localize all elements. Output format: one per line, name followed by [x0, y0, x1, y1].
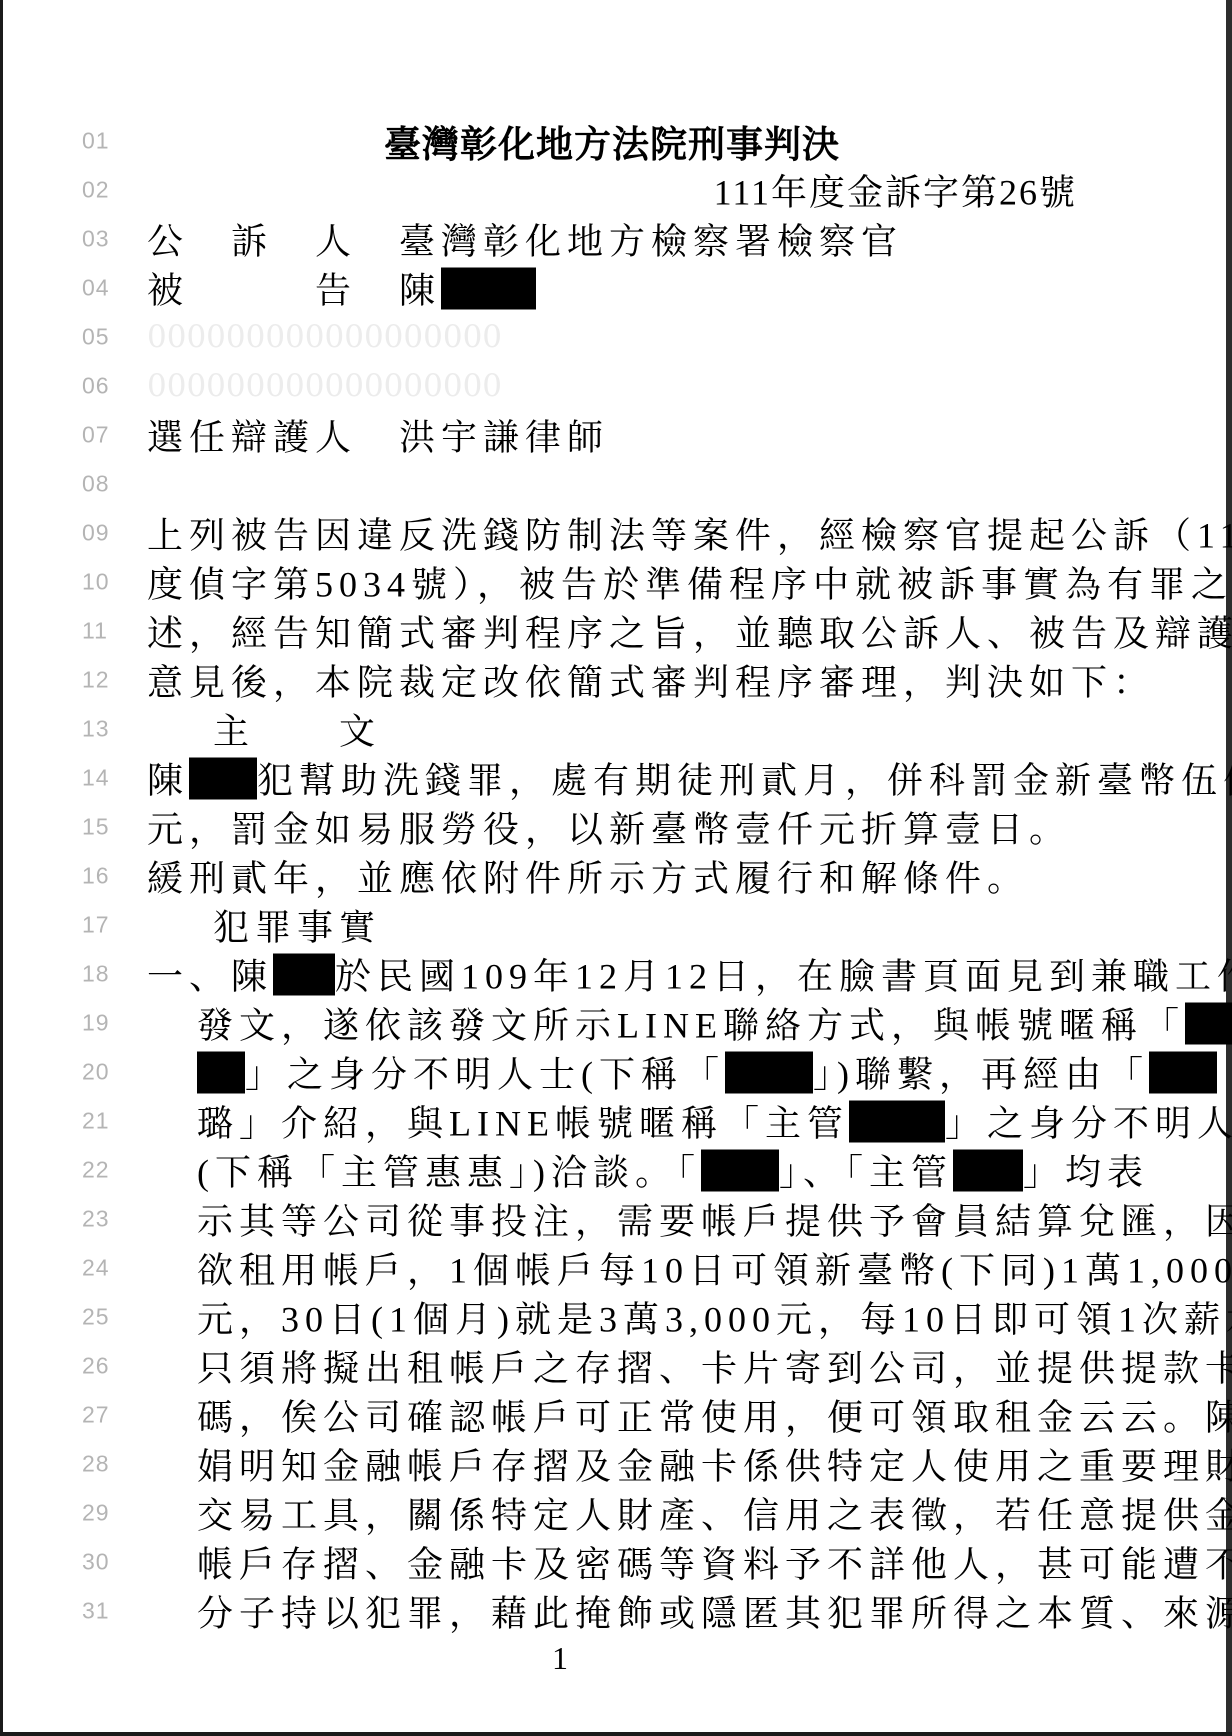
line-number: 21: [82, 1107, 110, 1134]
redaction-box: [953, 1149, 1023, 1191]
line-number: 11: [82, 617, 108, 644]
document-line: 17 犯罪事實: [0, 900, 1232, 949]
text-segment: 元，30日(1個月)就是3萬3,000元，每10日即可領1次薪水，: [197, 1299, 1232, 1339]
text-segment: (下稱「主管惠惠」)洽談。「: [197, 1152, 701, 1192]
line-number: 10: [82, 568, 110, 595]
text-segment: 」、「主管: [779, 1152, 953, 1192]
text-segment: 發文，遂依該發文所示LINE聯絡方式，與帳號暱稱「: [197, 1005, 1185, 1045]
text-segment: 主 文: [213, 711, 381, 751]
document-line: 22 (下稱「主管惠惠」)洽談。「」、「主管」均表: [0, 1145, 1232, 1194]
line-number: 16: [82, 862, 110, 889]
line-number: 18: [82, 960, 110, 987]
text-segment: 公 訴 人 臺灣彰化地方檢察署檢察官: [147, 221, 903, 261]
judgment-page: 01 臺灣彰化地方法院刑事判決 02 111年度金訴字第26號 03 公 訴 人…: [0, 0, 1232, 1736]
line-number: 07: [82, 421, 110, 448]
line-number: 27: [82, 1401, 110, 1428]
line-number: 20: [82, 1058, 110, 1085]
line-text: 主 文: [213, 703, 1077, 754]
line-number: 17: [82, 911, 110, 938]
line-text: 選任辯護人 洪宇謙律師: [147, 409, 1077, 460]
text-segment: 」)聯繫，再經由「: [813, 1054, 1149, 1094]
text-segment: 元，罰金如易服勞役，以新臺幣壹仟元折算壹日。: [147, 809, 1071, 849]
document-line: 04 被 告 陳: [0, 263, 1232, 312]
document-line: 13 主 文: [0, 704, 1232, 753]
redaction-box: [701, 1149, 779, 1191]
text-segment: 臺灣彰化地方法院刑事判決: [384, 125, 840, 166]
line-text: 意見後，本院裁定改依簡式審判程序審理，判決如下：: [147, 654, 1077, 705]
document-line: 03 公 訴 人 臺灣彰化地方檢察署檢察官: [0, 214, 1232, 263]
text-segment: 犯罪事實: [213, 907, 381, 947]
document-line: 02 111年度金訴字第26號: [0, 165, 1232, 214]
text-segment: 000000000000000000: [147, 368, 502, 404]
document-line: 20 」之身分不明人士(下稱「」)聯繫，再經由「: [0, 1047, 1232, 1096]
line-text: 示其等公司從事投注，需要帳戶提供予會員結算兌匯，因此: [197, 1193, 1077, 1244]
text-segment: 娟明知金融帳戶存摺及金融卡係供特定人使用之重要理財、: [197, 1446, 1232, 1486]
text-segment: 意見後，本院裁定改依簡式審判程序審理，判決如下：: [147, 662, 1155, 702]
document-line: 21 璐」介紹，與LINE帳號暱稱「主管」之身分不明人士: [0, 1096, 1232, 1145]
line-text: 碼，俟公司確認帳戶可正常使用，便可領取租金云云。陳麗: [197, 1389, 1077, 1440]
line-text: 娟明知金融帳戶存摺及金融卡係供特定人使用之重要理財、: [197, 1438, 1077, 1489]
text-segment: 000000000000000000: [147, 319, 502, 355]
line-number: 08: [82, 470, 110, 497]
line-text: 上列被告因違反洗錢防制法等案件，經檢察官提起公訴（110年: [147, 507, 1077, 558]
text-segment: 」之身分不明人士: [945, 1103, 1232, 1143]
document-line: 19 發文，遂依該發文所示LINE聯絡方式，與帳號暱稱「: [0, 998, 1232, 1047]
document-line: 15 元，罰金如易服勞役，以新臺幣壹仟元折算壹日。: [0, 802, 1232, 851]
text-segment: 犯幫助洗錢罪，處有期徒刑貳月，併科罰金新臺幣伍仟: [257, 760, 1232, 800]
text-segment: 一、陳: [147, 956, 273, 996]
document-line: 18 一、陳於民國109年12月12日，在臉書頁面見到兼職工作之: [0, 949, 1232, 998]
line-text: 000000000000000000: [147, 319, 1077, 355]
line-text: 度偵字第5034號），被告於準備程序中就被訴事實為有罪之陳: [147, 556, 1077, 607]
redaction-box: [1185, 1002, 1232, 1044]
line-text: 欲租用帳戶，1個帳戶每10日可領新臺幣(下同)1萬1,000: [197, 1242, 1077, 1293]
line-text: 緩刑貳年，並應依附件所示方式履行和解條件。: [147, 850, 1077, 901]
document-line: 12 意見後，本院裁定改依簡式審判程序審理，判決如下：: [0, 655, 1232, 704]
line-number: 04: [82, 274, 110, 301]
text-segment: 璐」介紹，與LINE帳號暱稱「主管: [197, 1103, 849, 1143]
document-line: 11 述，經告知簡式審判程序之旨，並聽取公訴人、被告及辯護人之: [0, 606, 1232, 655]
line-text: 000000000000000000: [147, 368, 1077, 404]
line-text: 」之身分不明人士(下稱「」)聯繫，再經由「: [197, 1046, 1077, 1097]
redaction-box: [273, 953, 335, 995]
line-number: 15: [82, 813, 110, 840]
text-segment: 述，經告知簡式審判程序之旨，並聽取公訴人、被告及辯護人之: [147, 613, 1232, 653]
line-number: 03: [82, 225, 110, 252]
text-segment: 度偵字第5034號），被告於準備程序中就被訴事實為有罪之陳: [147, 564, 1232, 604]
redaction-box: [441, 267, 536, 309]
document-line: 09 上列被告因違反洗錢防制法等案件，經檢察官提起公訴（110年: [0, 508, 1232, 557]
line-number: 29: [82, 1499, 110, 1526]
line-number: 31: [82, 1597, 110, 1624]
line-number: 12: [82, 666, 110, 693]
line-number: 01: [82, 127, 110, 154]
text-segment: 交易工具，關係特定人財產、信用之表徵，若任意提供金融: [197, 1495, 1232, 1535]
line-text: 只須將擬出租帳戶之存摺、卡片寄到公司，並提供提款卡密: [197, 1340, 1077, 1391]
line-text: 陳犯幫助洗錢罪，處有期徒刑貳月，併科罰金新臺幣伍仟: [147, 752, 1077, 803]
line-number: 19: [82, 1009, 110, 1036]
text-segment: 陳: [147, 760, 189, 800]
line-text: 元，罰金如易服勞役，以新臺幣壹仟元折算壹日。: [147, 801, 1077, 852]
line-number: 23: [82, 1205, 110, 1232]
document-line: 28 娟明知金融帳戶存摺及金融卡係供特定人使用之重要理財、: [0, 1439, 1232, 1488]
line-number: 28: [82, 1450, 110, 1477]
document-line: 06 000000000000000000: [0, 361, 1232, 410]
text-segment: 緩刑貳年，並應依附件所示方式履行和解條件。: [147, 858, 1029, 898]
document-line: 25 元，30日(1個月)就是3萬3,000元，每10日即可領1次薪水，: [0, 1292, 1232, 1341]
text-segment: 欲租用帳戶，1個帳戶每10日可領新臺幣(下同)1萬1,000: [197, 1250, 1232, 1290]
line-number: 06: [82, 372, 110, 399]
document-line: 23 示其等公司從事投注，需要帳戶提供予會員結算兌匯，因此: [0, 1194, 1232, 1243]
text-segment: 分子持以犯罪，藉此掩飾或隱匿其犯罪所得之本質、來源、: [197, 1593, 1232, 1633]
document-line: 08: [0, 459, 1232, 508]
line-text: (下稱「主管惠惠」)洽談。「」、「主管」均表: [197, 1144, 1077, 1195]
text-segment: 111年度金訴字第26號: [714, 172, 1077, 212]
text-segment: 於民國109年12月12日，在臉書頁面見到兼職工作之: [335, 956, 1232, 996]
document-line: 27 碼，俟公司確認帳戶可正常使用，便可領取租金云云。陳麗: [0, 1390, 1232, 1439]
document-line: 29 交易工具，關係特定人財產、信用之表徵，若任意提供金融: [0, 1488, 1232, 1537]
text-segment: 」之身分不明人士(下稱「: [245, 1054, 725, 1094]
line-text: 分子持以犯罪，藉此掩飾或隱匿其犯罪所得之本質、來源、: [197, 1585, 1077, 1636]
line-text: 交易工具，關係特定人財產、信用之表徵，若任意提供金融: [197, 1487, 1077, 1538]
document-line: 01 臺灣彰化地方法院刑事判決: [0, 116, 1232, 165]
line-text: 公 訴 人 臺灣彰化地方檢察署檢察官: [147, 213, 1077, 264]
text-segment: 被 告 陳: [147, 270, 441, 310]
document-line: 24 欲租用帳戶，1個帳戶每10日可領新臺幣(下同)1萬1,000: [0, 1243, 1232, 1292]
line-number: 02: [82, 176, 110, 203]
text-segment: 只須將擬出租帳戶之存摺、卡片寄到公司，並提供提款卡密: [197, 1348, 1232, 1388]
line-text: 帳戶存摺、金融卡及密碼等資料予不詳他人，甚可能遭不法: [197, 1536, 1077, 1587]
document-line: 14 陳犯幫助洗錢罪，處有期徒刑貳月，併科罰金新臺幣伍仟: [0, 753, 1232, 802]
document-line: 05 000000000000000000: [0, 312, 1232, 361]
line-text: 被 告 陳: [147, 262, 1077, 313]
line-text: 璐」介紹，與LINE帳號暱稱「主管」之身分不明人士: [197, 1095, 1077, 1146]
redaction-box: [849, 1100, 945, 1142]
line-number: 25: [82, 1303, 110, 1330]
document-lines: 01 臺灣彰化地方法院刑事判決 02 111年度金訴字第26號 03 公 訴 人…: [0, 116, 1232, 1635]
document-line: 07 選任辯護人 洪宇謙律師: [0, 410, 1232, 459]
line-text: 發文，遂依該發文所示LINE聯絡方式，與帳號暱稱「: [197, 997, 1077, 1048]
line-number: 26: [82, 1352, 110, 1379]
text-segment: 」均表: [1023, 1152, 1149, 1192]
line-number: 22: [82, 1156, 110, 1183]
line-number: 24: [82, 1254, 110, 1281]
redaction-box: [189, 757, 257, 799]
document-line: 10 度偵字第5034號），被告於準備程序中就被訴事實為有罪之陳: [0, 557, 1232, 606]
line-text: 犯罪事實: [213, 899, 1077, 950]
text-segment: 帳戶存摺、金融卡及密碼等資料予不詳他人，甚可能遭不法: [197, 1544, 1232, 1584]
page-edge-bottom: [0, 1732, 1232, 1736]
redaction-box: [725, 1051, 813, 1093]
text-segment: 選任辯護人 洪宇謙律師: [147, 417, 609, 457]
text-segment: 碼，俟公司確認帳戶可正常使用，便可領取租金云云。陳麗: [197, 1397, 1232, 1437]
text-segment: 上列被告因違反洗錢防制法等案件，經檢察官提起公訴（110年: [147, 515, 1232, 555]
redaction-box: [1149, 1051, 1217, 1093]
document-line: 30 帳戶存摺、金融卡及密碼等資料予不詳他人，甚可能遭不法: [0, 1537, 1232, 1586]
line-number: 13: [82, 715, 110, 742]
redaction-box: [197, 1051, 245, 1093]
document-line: 26 只須將擬出租帳戶之存摺、卡片寄到公司，並提供提款卡密: [0, 1341, 1232, 1390]
line-text: 臺灣彰化地方法院刑事判決: [147, 114, 1077, 168]
line-number: 05: [82, 323, 110, 350]
document-line: 31 分子持以犯罪，藉此掩飾或隱匿其犯罪所得之本質、來源、: [0, 1586, 1232, 1635]
line-text: 111年度金訴字第26號: [147, 164, 1077, 215]
line-number: 30: [82, 1548, 110, 1575]
line-text: 元，30日(1個月)就是3萬3,000元，每10日即可領1次薪水，: [197, 1291, 1077, 1342]
line-text: 述，經告知簡式審判程序之旨，並聽取公訴人、被告及辯護人之: [147, 605, 1077, 656]
line-number: 14: [82, 764, 110, 791]
text-segment: 示其等公司從事投注，需要帳戶提供予會員結算兌匯，因此: [197, 1201, 1232, 1241]
line-text: 一、陳於民國109年12月12日，在臉書頁面見到兼職工作之: [147, 948, 1077, 999]
document-line: 16 緩刑貳年，並應依附件所示方式履行和解條件。: [0, 851, 1232, 900]
page-number: 1: [460, 1640, 660, 1677]
line-number: 09: [82, 519, 110, 546]
